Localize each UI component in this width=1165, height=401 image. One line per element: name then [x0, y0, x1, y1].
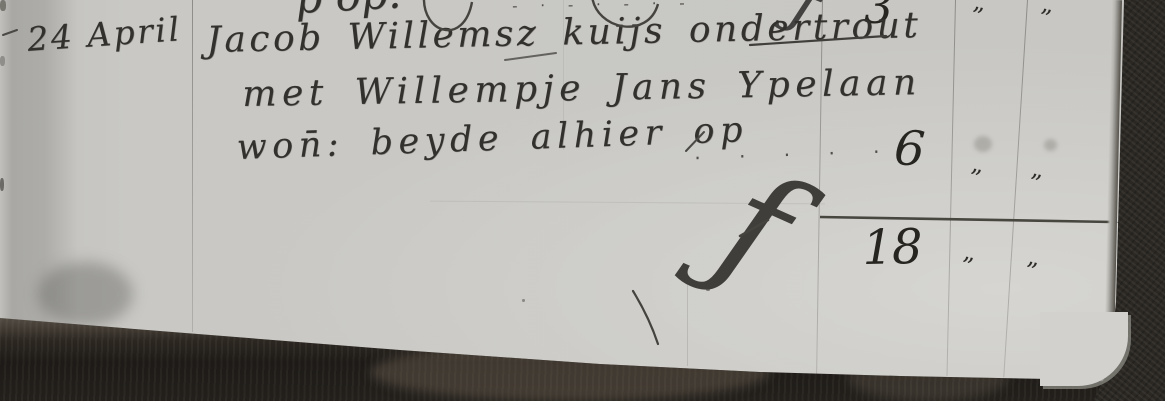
paper-crease-bottom — [687, 282, 688, 366]
previous-entry-stuivers-ditto: „ — [972, 0, 989, 15]
total-guilders: 18 — [862, 223, 922, 272]
column-rule-stuivers — [946, 0, 956, 376]
page-edge-mark — [0, 178, 4, 191]
total-stuivers-ditto: „ — [962, 239, 979, 265]
column-rule-penningen — [1003, 0, 1028, 377]
table-edge-dark-band — [0, 315, 1165, 401]
paper-speck — [522, 299, 525, 302]
ink-smudge — [1044, 139, 1057, 151]
entry-penningen-ditto: „ — [1030, 156, 1047, 182]
gutter-bottom-shadow — [38, 262, 133, 326]
entry-text-line-3: won̄: beyde alhier op — [236, 110, 749, 168]
pen-flourish-stroke — [633, 291, 658, 344]
page-edge-mark — [0, 56, 5, 66]
register-page-scan: p op. - · - · - · - ƒ 3 „ „ 24 April Jac… — [0, 0, 1165, 401]
total-penningen-ditto: „ — [1026, 244, 1043, 270]
previous-entry-penningen-ditto: „ — [1040, 0, 1057, 17]
page-corner-mark — [0, 0, 6, 11]
column-rule-guilders — [816, 0, 823, 374]
entry-guilders: 6 — [893, 124, 927, 174]
entry-stuivers-ditto: „ — [970, 151, 987, 177]
band-mottle — [848, 355, 1008, 401]
band-mottle — [370, 343, 770, 401]
column-rule-date — [192, 0, 193, 332]
